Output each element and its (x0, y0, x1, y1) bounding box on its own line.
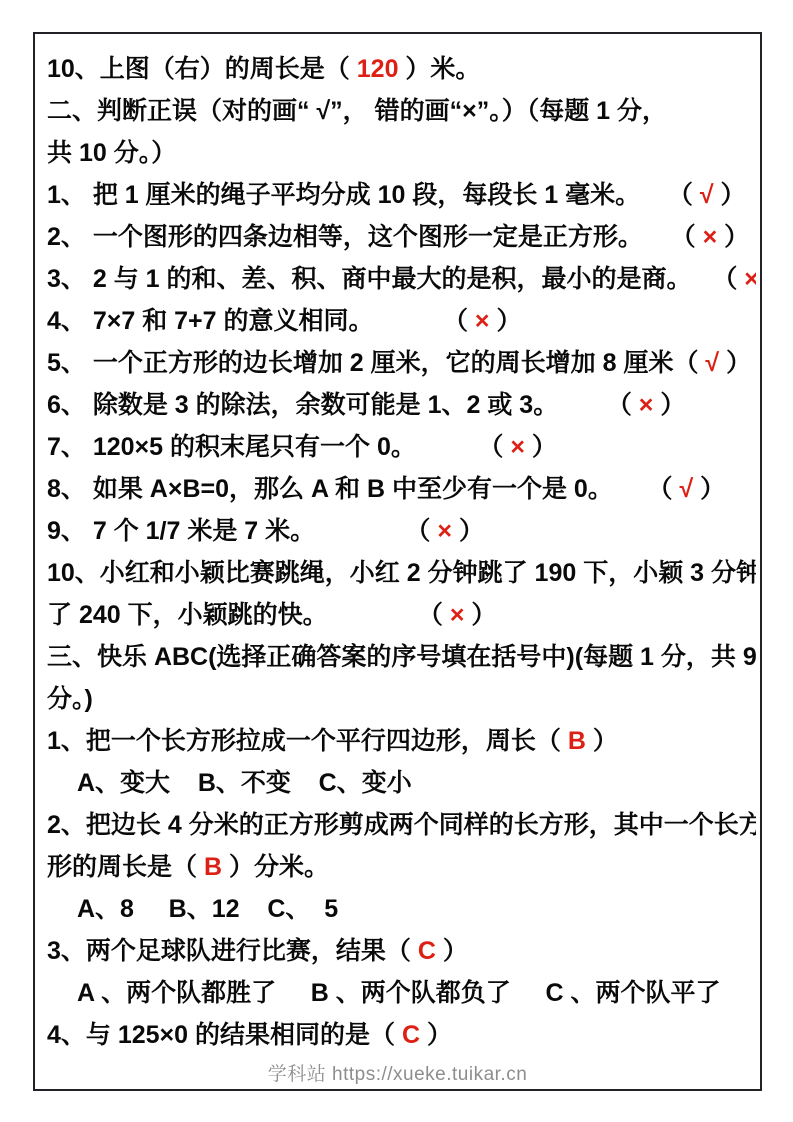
question-text: 3、 2 与 1 的和、差、积、商中最大的是积，最小的是商。 （ (47, 265, 744, 293)
question-text: A 、两个队都胜了 B 、两个队都负了 C 、两个队平了 (77, 979, 721, 1007)
judge-question-8: 8、 如果 A×B=0，那么 A 和 B 中至少有一个是 0。 （ √ ） (47, 468, 756, 510)
question-text: A、8 B、12 C、 5 (77, 895, 338, 923)
answer-mark: × (744, 265, 756, 293)
answer-mark: × (639, 391, 654, 419)
answer-mark: √ (700, 181, 714, 209)
question-text: ）分米。 (222, 853, 329, 881)
section-three-header-line1: 三、快乐 ABC(选择正确答案的序号填在括号中)(每题 1 分，共 9 (47, 636, 756, 678)
answer-mark: × (703, 223, 718, 251)
footer-site-link: 学科站 https://xueke.tuikar.cn (268, 1064, 528, 1085)
question-text: 10、上图（右）的周长是（ (47, 55, 357, 83)
question-text: 2、把边长 4 分米的正方形剪成两个同样的长方形，其中一个长方 (47, 811, 756, 839)
worksheet-content: 10、上图（右）的周长是（ 120 ）米。二、判断正误（对的画“ √”， 错的画… (47, 48, 756, 1056)
worksheet-page: 10、上图（右）的周长是（ 120 ）米。二、判断正误（对的画“ √”， 错的画… (0, 0, 793, 1122)
question-text: ） (452, 517, 484, 545)
question-text: 1、把一个长方形拉成一个平行四边形，周长（ (47, 727, 568, 755)
question-text: 6、 除数是 3 的除法，余数可能是 1、2 或 3。 （ (47, 391, 639, 419)
question-text: 1、 把 1 厘米的绳子平均分成 10 段，每段长 1 毫米。 （ (47, 181, 700, 209)
choice-question-2-line1: 2、把边长 4 分米的正方形剪成两个同样的长方形，其中一个长方 (47, 804, 756, 846)
question-text: ） (436, 937, 468, 965)
answer-mark: × (437, 517, 452, 545)
answer-mark: B (204, 853, 222, 881)
question-text: 4、与 125×0 的结果相同的是（ (47, 1021, 402, 1049)
question-text: ） (714, 181, 746, 209)
question-text: ） (420, 1021, 452, 1049)
judge-question-7: 7、 120×5 的积末尾只有一个 0。 （ × ） (47, 426, 756, 468)
answer-mark: C (402, 1021, 420, 1049)
question-text: ） (693, 475, 725, 503)
question-text: ） (464, 601, 496, 629)
question-text: ） (525, 433, 557, 461)
question-text: ）米。 (398, 55, 480, 83)
judge-question-5: 5、 一个正方形的边长增加 2 厘米，它的周长增加 8 厘米（ √ ） (47, 342, 756, 384)
question-text: 2、 一个图形的四条边相等，这个图形一定是正方形。 （ (47, 223, 703, 251)
question-text: 形的周长是（ (47, 853, 204, 881)
question-text: ） (717, 223, 749, 251)
question-text: 了 240 下，小颖跳的快。 （ (47, 601, 450, 629)
question-text: 三、快乐 ABC(选择正确答案的序号填在括号中)(每题 1 分，共 9 (47, 643, 756, 671)
question-text: ） (490, 307, 522, 335)
question-text: A、变大 B、不变 C、变小 (77, 769, 412, 797)
question-text: 3、两个足球队进行比赛，结果（ (47, 937, 418, 965)
choice-question-3-options: A 、两个队都胜了 B 、两个队都负了 C 、两个队平了 (47, 972, 756, 1014)
fill-question-10: 10、上图（右）的周长是（ 120 ）米。 (47, 48, 756, 90)
worksheet-frame: 10、上图（右）的周长是（ 120 ）米。二、判断正误（对的画“ √”， 错的画… (33, 32, 762, 1091)
question-text: ） (719, 349, 751, 377)
choice-question-4: 4、与 125×0 的结果相同的是（ C ） (47, 1014, 756, 1056)
judge-question-2: 2、 一个图形的四条边相等，这个图形一定是正方形。 （ × ） (47, 216, 756, 258)
question-text: 分。) (47, 685, 93, 713)
answer-mark: × (450, 601, 465, 629)
section-two-header-line1: 二、判断正误（对的画“ √”， 错的画“×”。）（每题 1 分， (47, 90, 756, 132)
question-text: 10、小红和小颖比赛跳绳，小红 2 分钟跳了 190 下，小颖 3 分钟跳 (47, 559, 756, 587)
judge-question-3: 3、 2 与 1 的和、差、积、商中最大的是积，最小的是商。 （ × ） (47, 258, 756, 300)
answer-mark: √ (680, 475, 694, 503)
judge-question-6: 6、 除数是 3 的除法，余数可能是 1、2 或 3。 （ × ） (47, 384, 756, 426)
judge-question-4: 4、 7×7 和 7+7 的意义相同。 （ × ） (47, 300, 756, 342)
question-text: 二、判断正误（对的画“ √”， 错的画“×”。）（每题 1 分， (47, 97, 667, 125)
choice-question-2-line2: 形的周长是（ B ）分米。 (47, 846, 756, 888)
choice-question-2-options: A、8 B、12 C、 5 (47, 888, 756, 930)
question-text: ） (586, 727, 618, 755)
question-text: 8、 如果 A×B=0，那么 A 和 B 中至少有一个是 0。 （ (47, 475, 680, 503)
footer: 学科站 https://xueke.tuikar.cn (35, 1059, 760, 1086)
answer-mark: × (475, 307, 490, 335)
judge-question-1: 1、 把 1 厘米的绳子平均分成 10 段，每段长 1 毫米。 （ √ ） (47, 174, 756, 216)
question-text: 7、 120×5 的积末尾只有一个 0。 （ (47, 433, 510, 461)
choice-question-1-options: A、变大 B、不变 C、变小 (47, 762, 756, 804)
question-text: ） (653, 391, 685, 419)
question-text: 9、 7 个 1/7 米是 7 米。 （ (47, 517, 437, 545)
question-text: 5、 一个正方形的边长增加 2 厘米，它的周长增加 8 厘米（ (47, 349, 705, 377)
answer-mark: √ (705, 349, 719, 377)
answer-mark: × (510, 433, 525, 461)
answer-mark: 120 (357, 55, 399, 83)
section-two-header-line2: 共 10 分。） (47, 132, 756, 174)
answer-mark: C (418, 937, 436, 965)
judge-question-9: 9、 7 个 1/7 米是 7 米。 （ × ） (47, 510, 756, 552)
section-three-header-line2: 分。) (47, 678, 756, 720)
judge-question-10-line1: 10、小红和小颖比赛跳绳，小红 2 分钟跳了 190 下，小颖 3 分钟跳 (47, 552, 756, 594)
question-text: 共 10 分。） (47, 139, 176, 167)
choice-question-1: 1、把一个长方形拉成一个平行四边形，周长（ B ） (47, 720, 756, 762)
choice-question-3: 3、两个足球队进行比赛，结果（ C ） (47, 930, 756, 972)
judge-question-10-line2: 了 240 下，小颖跳的快。 （ × ） (47, 594, 756, 636)
answer-mark: B (568, 727, 586, 755)
question-text: 4、 7×7 和 7+7 的意义相同。 （ (47, 307, 475, 335)
